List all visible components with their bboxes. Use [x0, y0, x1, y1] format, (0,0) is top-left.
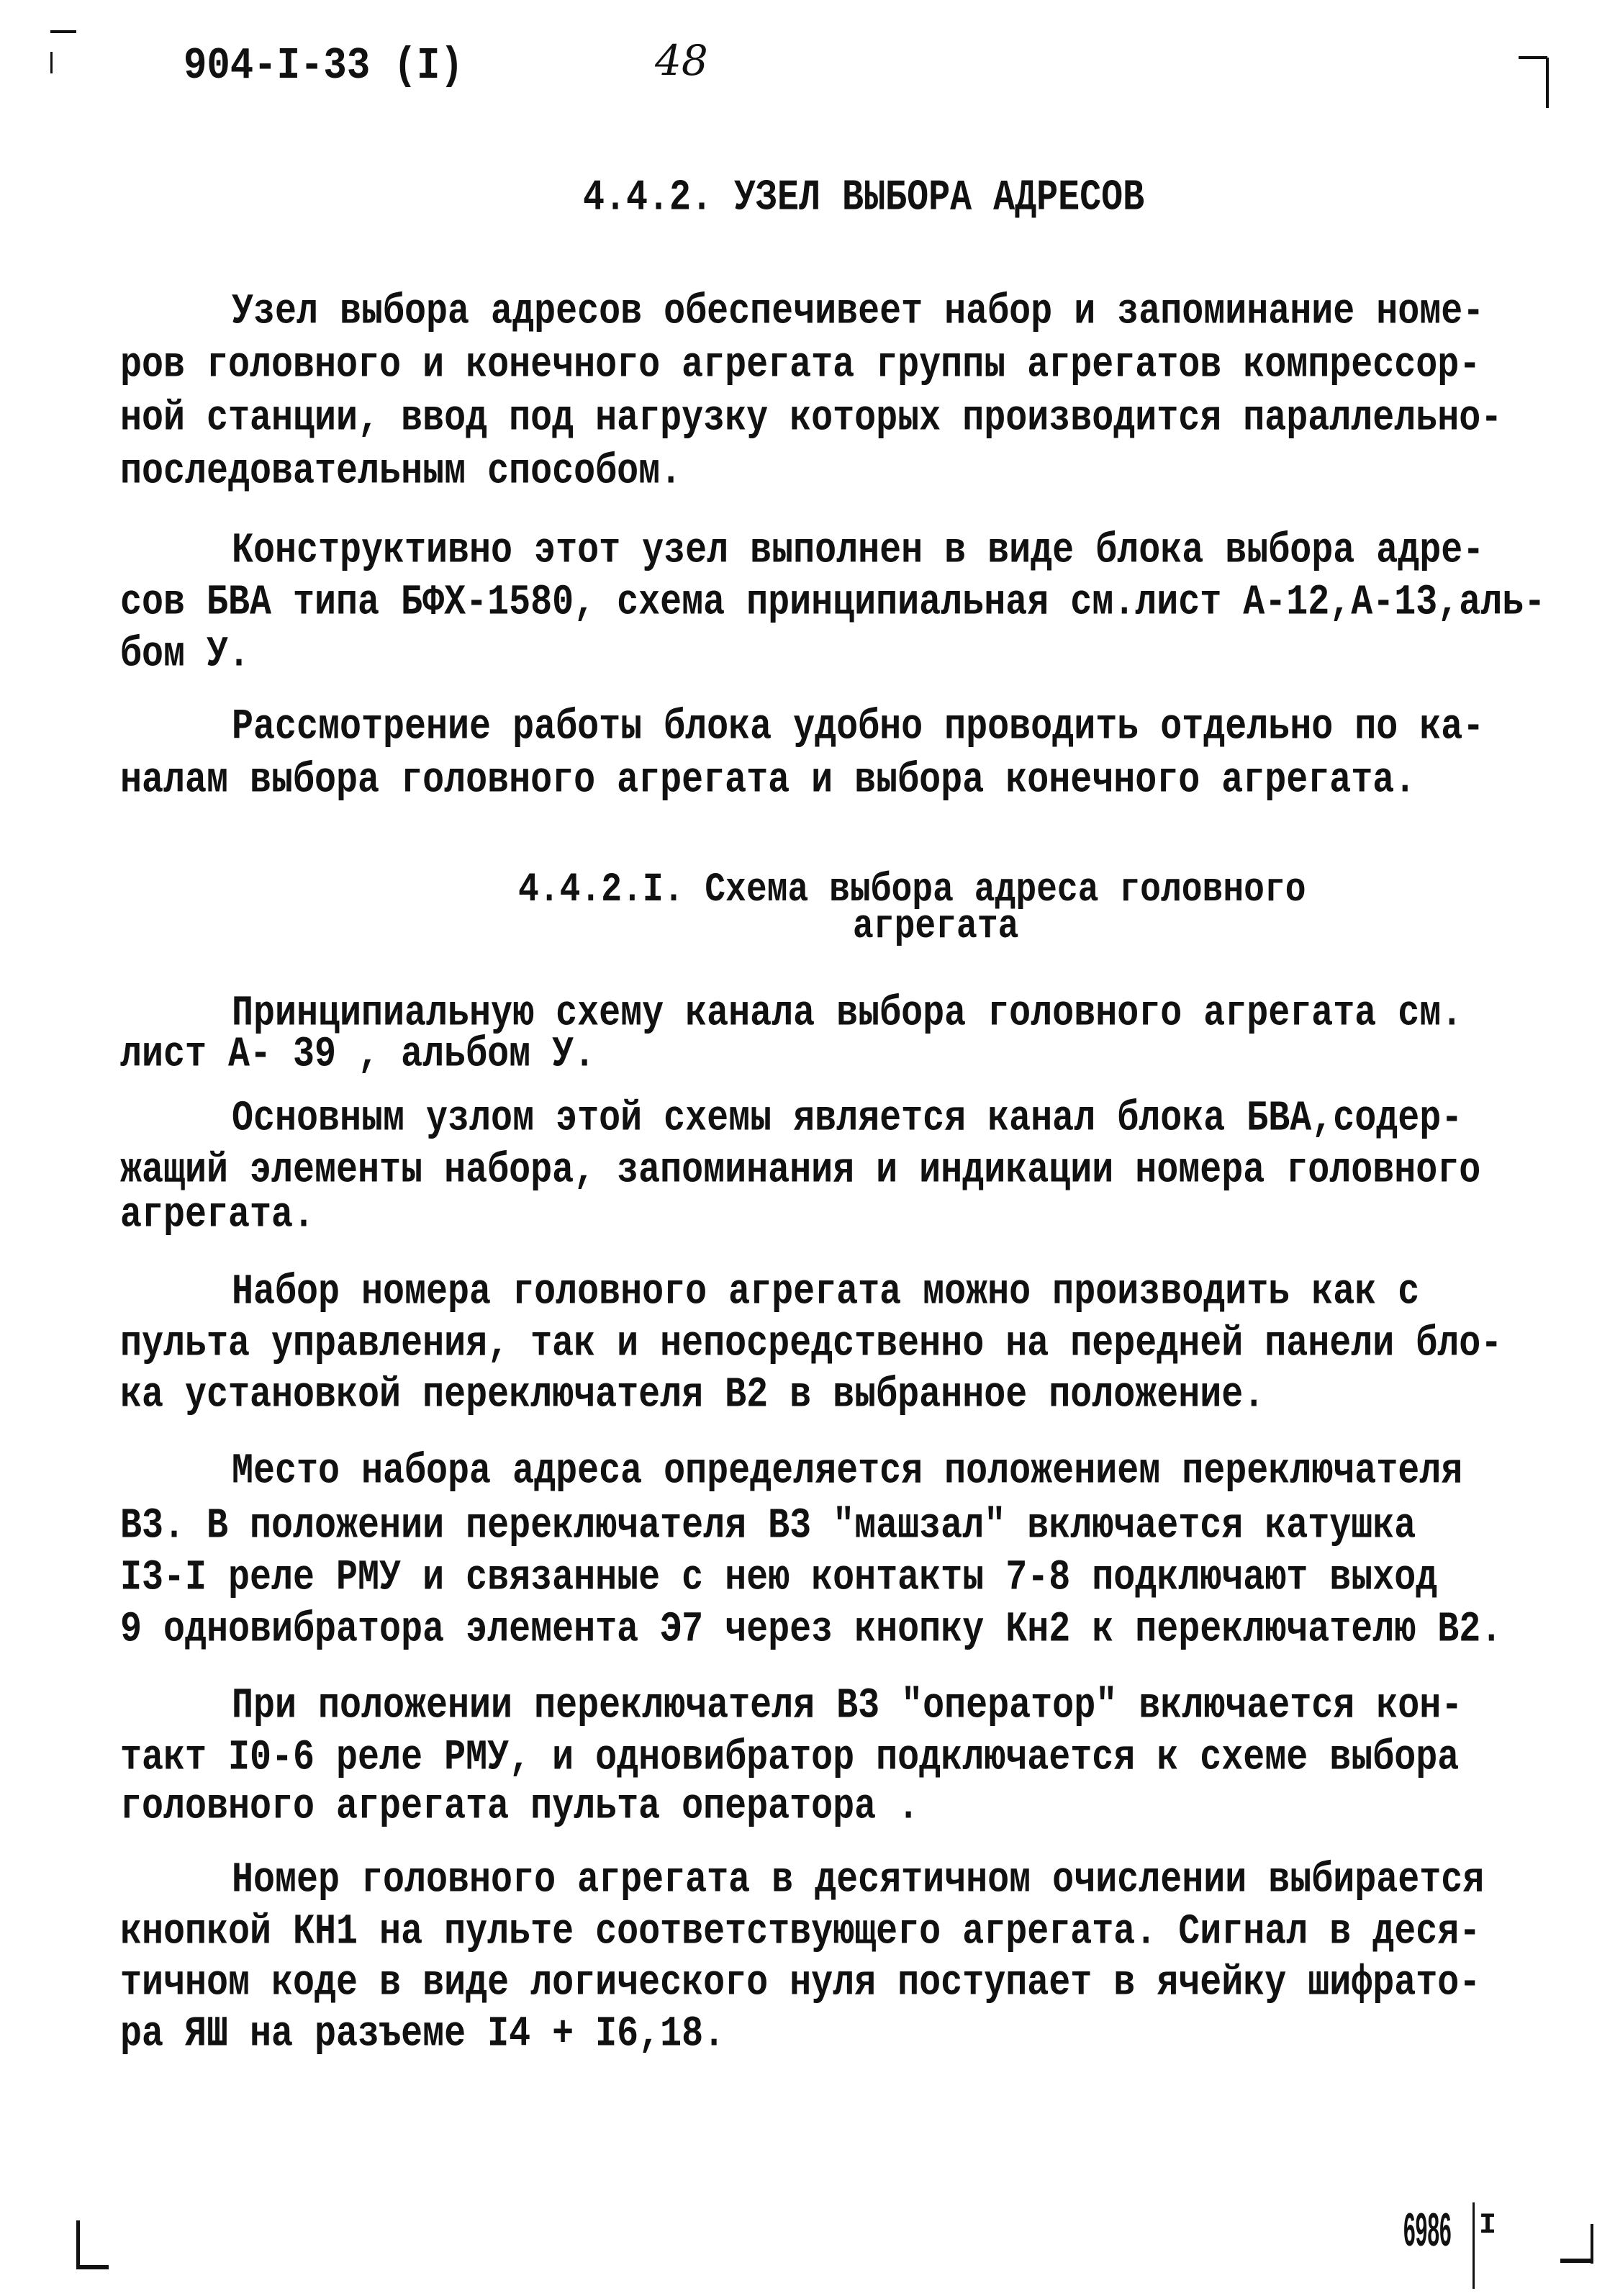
corner-mark-top-right	[1546, 58, 1549, 108]
text-line: бом У.	[120, 634, 250, 677]
corner-mark-top-left	[50, 30, 76, 33]
text-line: пульта управления, так и непосредственно…	[120, 1324, 1502, 1366]
text-line: Принципиальную схему канала выбора голов…	[232, 993, 1462, 1036]
footer-divider	[1472, 2202, 1475, 2289]
text-line: ной станции, ввод под нагрузку которых п…	[120, 398, 1502, 440]
text-line: Узел выбора адресов обеспечивеет набор и…	[232, 291, 1484, 334]
text-line: тичном коде в виде логического нуля пост…	[120, 1963, 1480, 2005]
text-line: Основным узлом этой схемы является канал…	[232, 1098, 1462, 1141]
document-code: 904-I-33 (I)	[184, 45, 463, 89]
subsection-title-continued: агрегата	[853, 904, 1018, 950]
text-line: кнопкой КН1 на пульте соответствующего а…	[120, 1912, 1480, 1954]
document-page: 904-I-33 (I) 48 4.4.2. УЗЕЛ ВЫБОРА АДРЕС…	[0, 0, 1615, 2296]
text-line: такт I0-6 реле РМУ, и одновибратор подкл…	[120, 1737, 1459, 1780]
text-line: последовательным способом.	[120, 451, 682, 494]
text-line: сов БВА типа БФХ-1580, схема принципиаль…	[120, 582, 1545, 625]
text-line: Номер головного агрегата в десятичном оч…	[232, 1860, 1484, 1902]
text-line: ров головного и конечного агрегата групп…	[120, 345, 1480, 387]
text-line: При положении переключателя В3 "оператор…	[232, 1686, 1462, 1728]
corner-mark-bottom-left	[76, 2220, 80, 2269]
text-line: жащий элементы набора, запоминания и инд…	[120, 1150, 1480, 1193]
text-line: ка установкой переключателя В2 в выбранн…	[120, 1375, 1265, 1417]
text-line: 9 одновибратора элемента Э7 через кнопку…	[120, 1609, 1502, 1652]
corner-mark-bottom-left	[76, 2265, 109, 2269]
corner-mark-bottom-right	[1591, 2224, 1593, 2264]
section-title: 4.4.2. УЗЕЛ ВЫБОРА АДРЕСОВ	[583, 177, 1144, 220]
text-line: налам выбора головного агрегата и выбора…	[120, 760, 1416, 803]
text-line: головного агрегата пульта оператора .	[120, 1786, 919, 1829]
text-line: Набор номера головного агрегата можно пр…	[232, 1272, 1419, 1314]
text-line: агрегата.	[120, 1195, 315, 1237]
text-line: ра ЯШ на разъеме I4 + I6,18.	[120, 2014, 725, 2056]
corner-mark-top-right	[1519, 56, 1547, 59]
text-line: Рассмотрение работы блока удобно проводи…	[232, 707, 1484, 749]
text-line: Место набора адреса определяется положен…	[232, 1451, 1462, 1493]
inventory-number: 6986	[1403, 2202, 1452, 2256]
text-line: В3. В положении переключателя В3 "машзал…	[120, 1506, 1416, 1548]
corner-mark-top-left	[50, 52, 53, 73]
page-number: 48	[655, 40, 708, 81]
sheet-mark: I	[1479, 2210, 1496, 2242]
text-line: Конструктивно этот узел выполнен в виде …	[232, 530, 1484, 573]
corner-mark-bottom-right	[1560, 2259, 1593, 2263]
text-line: лист А- 39 , альбом У.	[120, 1034, 595, 1077]
text-line: I3-I реле РМУ и связанные с нею контакты…	[120, 1558, 1437, 1600]
